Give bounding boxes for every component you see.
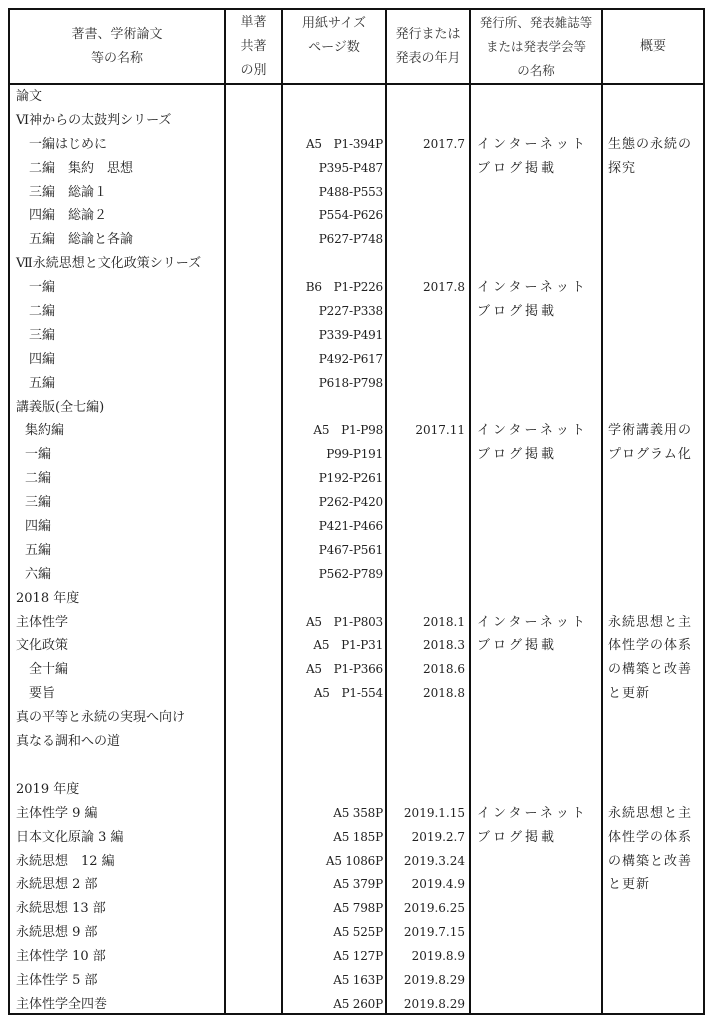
- cell-title: 永続思想 9 部: [16, 921, 224, 945]
- cell-title: 主体性学 5 部: [16, 969, 224, 993]
- cell-title: 三編: [16, 324, 237, 348]
- header-text: 単著: [240, 11, 266, 35]
- cell-summary: [608, 993, 704, 1017]
- cell-publisher: [477, 181, 602, 205]
- cell-date: 2017.11: [387, 419, 465, 443]
- cell-date: [387, 300, 465, 324]
- cell-summary: 生態の永続の: [608, 133, 704, 157]
- cell-title: 2019 年度: [16, 778, 224, 802]
- cell-authorship: [226, 658, 281, 682]
- cell-title: 二編: [16, 467, 233, 491]
- cell-title: 四編 総論２: [16, 204, 237, 228]
- table-row: 三編P262-P420: [10, 491, 703, 515]
- cell-summary: [608, 563, 704, 587]
- table-row: 二編P227-P338ブログ掲載: [10, 300, 703, 324]
- cell-pages: P99-P191: [283, 443, 383, 467]
- cell-date: 2019.4.9: [387, 873, 465, 897]
- cell-publisher: [477, 730, 602, 754]
- cell-authorship: [226, 897, 281, 921]
- table-row: 三編P339-P491: [10, 324, 703, 348]
- cell-pages: [283, 252, 383, 276]
- cell-date: 2019.1.15: [387, 802, 465, 826]
- cell-pages: A5 1086P: [283, 850, 383, 874]
- cell-title: 主体性学 10 部: [16, 945, 224, 969]
- header-summary: 概要: [603, 10, 703, 83]
- cell-summary: [608, 109, 704, 133]
- cell-title: 真なる調和への道: [16, 730, 224, 754]
- cell-summary: [608, 372, 704, 396]
- cell-authorship: [226, 754, 281, 778]
- cell-date: [387, 372, 465, 396]
- cell-summary: の構築と改善: [608, 850, 704, 874]
- table-row: 六編P562-P789: [10, 563, 703, 587]
- cell-date: 2018.8: [387, 682, 465, 706]
- cell-authorship: [226, 778, 281, 802]
- cell-authorship: [226, 921, 281, 945]
- cell-date: [387, 443, 465, 467]
- table-row: 主体性学 5 部A5 163P2019.8.29: [10, 969, 703, 993]
- cell-title: [16, 754, 224, 778]
- header-text: 概要: [640, 35, 666, 59]
- cell-authorship: [226, 491, 281, 515]
- cell-authorship: [226, 563, 281, 587]
- table-row: [10, 754, 703, 778]
- cell-summary: 永続思想と主: [608, 802, 704, 826]
- cell-summary: [608, 85, 704, 109]
- cell-pages: A5 358P: [283, 802, 383, 826]
- cell-publisher: [477, 873, 602, 897]
- cell-authorship: [226, 252, 281, 276]
- cell-authorship: [226, 730, 281, 754]
- cell-authorship: [226, 539, 281, 563]
- cell-publisher: [477, 252, 602, 276]
- table-row: 文化政策A5 P1-P312018.3ブログ掲載体性学の体系: [10, 634, 703, 658]
- header-text: の別: [240, 59, 266, 83]
- cell-publisher: インターネット: [477, 611, 602, 635]
- cell-date: 2019.7.15: [387, 921, 465, 945]
- publications-table: 著書、学術論文 等の名称 単著 共著 の別 用紙サイズ ページ数 発行または 発…: [8, 8, 705, 1015]
- cell-date: [387, 539, 465, 563]
- cell-authorship: [226, 300, 281, 324]
- header-text: 著書、学術論文: [71, 23, 162, 47]
- header-date: 発行または 発表の年月: [387, 10, 469, 83]
- cell-date: [387, 467, 465, 491]
- header-authorship: 単著 共著 の別: [226, 10, 281, 83]
- cell-publisher: [477, 204, 602, 228]
- cell-pages: A5 P1-P803: [283, 611, 383, 635]
- cell-authorship: [226, 324, 281, 348]
- cell-authorship: [226, 372, 281, 396]
- header-text: 発行所、発表雑誌等: [480, 11, 593, 35]
- cell-pages: [283, 754, 383, 778]
- table-row: 日本文化原論 3 編A5 185P2019.2.7ブログ掲載体性学の体系: [10, 826, 703, 850]
- cell-publisher: [477, 993, 602, 1017]
- cell-authorship: [226, 85, 281, 109]
- cell-date: 2018.3: [387, 634, 465, 658]
- cell-authorship: [226, 109, 281, 133]
- table-row: 集約編A5 P1-P982017.11インターネット学術講義用の: [10, 419, 703, 443]
- cell-summary: と更新: [608, 682, 704, 706]
- cell-date: [387, 324, 465, 348]
- table-row: 一編P99-P191ブログ掲載プログラム化: [10, 443, 703, 467]
- cell-title: Ⅵ神からの太鼓判シリーズ: [16, 109, 224, 133]
- cell-pages: P488-P553: [283, 181, 383, 205]
- cell-date: [387, 228, 465, 252]
- cell-date: [387, 587, 465, 611]
- cell-pages: P562-P789: [283, 563, 383, 587]
- cell-date: 2019.8.29: [387, 969, 465, 993]
- table-row: 全十編A5 P1-P3662018.6の構築と改善: [10, 658, 703, 682]
- cell-date: 2019.3.24: [387, 850, 465, 874]
- cell-date: 2019.8.29: [387, 993, 465, 1017]
- table-row: 2018 年度: [10, 587, 703, 611]
- cell-authorship: [226, 181, 281, 205]
- cell-summary: [608, 252, 704, 276]
- table-row: 講義版(全七編): [10, 396, 703, 420]
- cell-title: 四編: [16, 515, 233, 539]
- cell-publisher: [477, 372, 602, 396]
- cell-pages: P395-P487: [283, 157, 383, 181]
- cell-pages: A5 163P: [283, 969, 383, 993]
- cell-authorship: [226, 133, 281, 157]
- cell-pages: [283, 109, 383, 133]
- cell-title: 集約編: [16, 419, 233, 443]
- cell-title: 永続思想 13 部: [16, 897, 224, 921]
- cell-publisher: [477, 467, 602, 491]
- cell-title: 三編: [16, 491, 233, 515]
- table-row: 一編はじめにA5 P1-394P2017.7インターネット生態の永続の: [10, 133, 703, 157]
- cell-date: 2018.1: [387, 611, 465, 635]
- cell-pages: [283, 778, 383, 802]
- cell-publisher: [477, 324, 602, 348]
- cell-publisher: [477, 682, 602, 706]
- cell-pages: A5 185P: [283, 826, 383, 850]
- cell-authorship: [226, 802, 281, 826]
- cell-pages: A5 379P: [283, 873, 383, 897]
- cell-publisher: ブログ掲載: [477, 634, 602, 658]
- cell-summary: [608, 300, 704, 324]
- cell-title: 主体性学: [16, 611, 224, 635]
- cell-date: [387, 252, 465, 276]
- cell-pages: [283, 396, 383, 420]
- cell-publisher: [477, 491, 602, 515]
- cell-publisher: [477, 396, 602, 420]
- cell-publisher: [477, 658, 602, 682]
- cell-pages: [283, 587, 383, 611]
- cell-publisher: ブログ掲載: [477, 443, 602, 467]
- cell-pages: P627-P748: [283, 228, 383, 252]
- table-row: 五編P618-P798: [10, 372, 703, 396]
- cell-summary: 学術講義用の: [608, 419, 704, 443]
- cell-authorship: [226, 396, 281, 420]
- cell-authorship: [226, 228, 281, 252]
- cell-pages: A5 P1-P366: [283, 658, 383, 682]
- cell-pages: P421-P466: [283, 515, 383, 539]
- cell-title: 論文: [16, 85, 224, 109]
- table-row: 主体性学 10 部A5 127P2019.8.9: [10, 945, 703, 969]
- cell-title: 三編 総論１: [16, 181, 237, 205]
- cell-title: 全十編: [16, 658, 237, 682]
- header-text: または発表学会等: [486, 35, 586, 59]
- cell-date: 2019.6.25: [387, 897, 465, 921]
- cell-pages: A5 P1-P98: [283, 419, 383, 443]
- table-row: 五編P467-P561: [10, 539, 703, 563]
- table-row: 主体性学A5 P1-P8032018.1インターネット永続思想と主: [10, 611, 703, 635]
- cell-publisher: ブログ掲載: [477, 300, 602, 324]
- cell-title: 永続思想 2 部: [16, 873, 224, 897]
- cell-pages: A5 P1-554: [283, 682, 383, 706]
- cell-date: 2017.8: [387, 276, 465, 300]
- cell-date: [387, 730, 465, 754]
- table-body: 論文Ⅵ神からの太鼓判シリーズ一編はじめにA5 P1-394P2017.7インター…: [10, 85, 703, 1017]
- cell-authorship: [226, 993, 281, 1017]
- cell-pages: [283, 706, 383, 730]
- cell-authorship: [226, 706, 281, 730]
- cell-publisher: [477, 969, 602, 993]
- cell-authorship: [226, 945, 281, 969]
- cell-authorship: [226, 276, 281, 300]
- table-row: 五編 総論と各論P627-P748: [10, 228, 703, 252]
- cell-publisher: インターネット: [477, 802, 602, 826]
- cell-date: [387, 706, 465, 730]
- cell-summary: [608, 587, 704, 611]
- table-row: 論文: [10, 85, 703, 109]
- table-row: 四編 総論２P554-P626: [10, 204, 703, 228]
- cell-summary: [608, 467, 704, 491]
- cell-authorship: [226, 419, 281, 443]
- cell-title: 2018 年度: [16, 587, 224, 611]
- table-row: 永続思想 12 編A5 1086P2019.3.24の構築と改善: [10, 850, 703, 874]
- cell-summary: プログラム化: [608, 443, 704, 467]
- cell-title: 主体性学全四巻: [16, 993, 224, 1017]
- cell-publisher: [477, 706, 602, 730]
- cell-title: 一編: [16, 443, 233, 467]
- cell-summary: [608, 778, 704, 802]
- cell-title: 文化政策: [16, 634, 224, 658]
- cell-publisher: [477, 85, 602, 109]
- cell-date: [387, 348, 465, 372]
- cell-summary: [608, 730, 704, 754]
- cell-title: 二編 集約 思想: [16, 157, 237, 181]
- cell-date: [387, 754, 465, 778]
- table-row: 一編B6 P1-P2262017.8インターネット: [10, 276, 703, 300]
- cell-pages: P467-P561: [283, 539, 383, 563]
- header-text: 発表の年月: [395, 47, 460, 71]
- cell-publisher: [477, 228, 602, 252]
- cell-pages: A5 127P: [283, 945, 383, 969]
- header-text: 等の名称: [91, 47, 143, 71]
- table-row: 四編P492-P617: [10, 348, 703, 372]
- table-row: Ⅵ神からの太鼓判シリーズ: [10, 109, 703, 133]
- cell-publisher: [477, 348, 602, 372]
- cell-pages: A5 798P: [283, 897, 383, 921]
- cell-pages: P618-P798: [283, 372, 383, 396]
- cell-publisher: ブログ掲載: [477, 826, 602, 850]
- cell-summary: [608, 276, 704, 300]
- cell-authorship: [226, 826, 281, 850]
- table-row: 主体性学 9 編A5 358P2019.1.15インターネット永続思想と主: [10, 802, 703, 826]
- table-row: 二編P192-P261: [10, 467, 703, 491]
- header-title-name: 著書、学術論文 等の名称: [10, 10, 224, 83]
- cell-summary: [608, 204, 704, 228]
- cell-date: [387, 778, 465, 802]
- cell-title: 要旨: [16, 682, 237, 706]
- cell-summary: 探究: [608, 157, 704, 181]
- cell-title: 二編: [16, 300, 237, 324]
- cell-date: [387, 563, 465, 587]
- cell-pages: [283, 85, 383, 109]
- cell-pages: A5 260P: [283, 993, 383, 1017]
- cell-pages: [283, 730, 383, 754]
- header-text: の名称: [517, 59, 555, 83]
- cell-publisher: [477, 109, 602, 133]
- cell-date: 2019.2.7: [387, 826, 465, 850]
- cell-authorship: [226, 467, 281, 491]
- cell-date: [387, 396, 465, 420]
- cell-date: 2017.7: [387, 133, 465, 157]
- cell-summary: 体性学の体系: [608, 826, 704, 850]
- cell-authorship: [226, 873, 281, 897]
- cell-date: [387, 109, 465, 133]
- cell-date: [387, 204, 465, 228]
- cell-date: [387, 181, 465, 205]
- cell-summary: [608, 969, 704, 993]
- cell-title: 真の平等と永続の実現へ向け: [16, 706, 224, 730]
- cell-publisher: [477, 850, 602, 874]
- cell-authorship: [226, 611, 281, 635]
- cell-summary: [608, 706, 704, 730]
- cell-title: 五編: [16, 372, 237, 396]
- cell-pages: P554-P626: [283, 204, 383, 228]
- cell-date: 2019.8.9: [387, 945, 465, 969]
- cell-summary: [608, 348, 704, 372]
- header-text: ページ数: [308, 36, 360, 60]
- cell-publisher: [477, 945, 602, 969]
- cell-summary: 永続思想と主: [608, 611, 704, 635]
- cell-summary: [608, 396, 704, 420]
- cell-date: [387, 157, 465, 181]
- cell-authorship: [226, 587, 281, 611]
- cell-pages: P492-P617: [283, 348, 383, 372]
- table-row: 2019 年度: [10, 778, 703, 802]
- table-row: 永続思想 13 部A5 798P2019.6.25: [10, 897, 703, 921]
- cell-summary: [608, 539, 704, 563]
- cell-date: [387, 85, 465, 109]
- cell-authorship: [226, 515, 281, 539]
- header-text: 共著: [240, 35, 266, 59]
- cell-date: [387, 491, 465, 515]
- cell-publisher: [477, 778, 602, 802]
- cell-pages: A5 525P: [283, 921, 383, 945]
- cell-title: 講義版(全七編): [16, 396, 224, 420]
- cell-pages: P227-P338: [283, 300, 383, 324]
- cell-title: 六編: [16, 563, 233, 587]
- header-publisher: 発行所、発表雑誌等 または発表学会等 の名称: [471, 10, 601, 83]
- cell-pages: B6 P1-P226: [283, 276, 383, 300]
- cell-summary: [608, 754, 704, 778]
- cell-authorship: [226, 634, 281, 658]
- cell-title: 日本文化原論 3 編: [16, 826, 224, 850]
- cell-summary: [608, 181, 704, 205]
- cell-title: 一編はじめに: [16, 133, 237, 157]
- cell-summary: [608, 491, 704, 515]
- cell-publisher: [477, 515, 602, 539]
- cell-publisher: [477, 897, 602, 921]
- cell-authorship: [226, 969, 281, 993]
- table-row: 要旨A5 P1-5542018.8と更新: [10, 682, 703, 706]
- cell-authorship: [226, 682, 281, 706]
- table-row: 二編 集約 思想P395-P487ブログ掲載探究: [10, 157, 703, 181]
- table-row: 四編P421-P466: [10, 515, 703, 539]
- cell-title: Ⅶ永続思想と文化政策シリーズ: [16, 252, 224, 276]
- cell-authorship: [226, 443, 281, 467]
- table-row: 主体性学全四巻A5 260P2019.8.29: [10, 993, 703, 1017]
- cell-publisher: [477, 563, 602, 587]
- header-text: 発行または: [395, 23, 460, 47]
- cell-authorship: [226, 348, 281, 372]
- cell-publisher: [477, 539, 602, 563]
- table-row: 真の平等と永続の実現へ向け: [10, 706, 703, 730]
- table-row: 三編 総論１P488-P553: [10, 181, 703, 205]
- cell-summary: [608, 945, 704, 969]
- cell-authorship: [226, 204, 281, 228]
- cell-pages: P192-P261: [283, 467, 383, 491]
- cell-title: 四編: [16, 348, 237, 372]
- table-row: 永続思想 9 部A5 525P2019.7.15: [10, 921, 703, 945]
- cell-date: [387, 515, 465, 539]
- cell-publisher: ブログ掲載: [477, 157, 602, 181]
- header-paper-size: 用紙サイズ ページ数: [283, 10, 385, 83]
- cell-pages: P339-P491: [283, 324, 383, 348]
- cell-title: 永続思想 12 編: [16, 850, 224, 874]
- cell-publisher: インターネット: [477, 133, 602, 157]
- cell-summary: [608, 897, 704, 921]
- cell-pages: P262-P420: [283, 491, 383, 515]
- cell-summary: [608, 921, 704, 945]
- cell-title: 五編 総論と各論: [16, 228, 237, 252]
- cell-summary: [608, 228, 704, 252]
- table-row: 永続思想 2 部A5 379P2019.4.9と更新: [10, 873, 703, 897]
- cell-title: 五編: [16, 539, 233, 563]
- cell-publisher: インターネット: [477, 419, 602, 443]
- cell-summary: 体性学の体系: [608, 634, 704, 658]
- cell-pages: A5 P1-P31: [283, 634, 383, 658]
- cell-summary: の構築と改善: [608, 658, 704, 682]
- cell-pages: A5 P1-394P: [283, 133, 383, 157]
- cell-authorship: [226, 850, 281, 874]
- cell-publisher: インターネット: [477, 276, 602, 300]
- cell-title: 主体性学 9 編: [16, 802, 224, 826]
- cell-publisher: [477, 587, 602, 611]
- cell-summary: と更新: [608, 873, 704, 897]
- table-row: Ⅶ永続思想と文化政策シリーズ: [10, 252, 703, 276]
- cell-publisher: [477, 921, 602, 945]
- cell-date: 2018.6: [387, 658, 465, 682]
- cell-publisher: [477, 754, 602, 778]
- cell-summary: [608, 515, 704, 539]
- cell-title: 一編: [16, 276, 237, 300]
- header-text: 用紙サイズ: [302, 12, 366, 36]
- cell-authorship: [226, 157, 281, 181]
- table-row: 真なる調和への道: [10, 730, 703, 754]
- cell-summary: [608, 324, 704, 348]
